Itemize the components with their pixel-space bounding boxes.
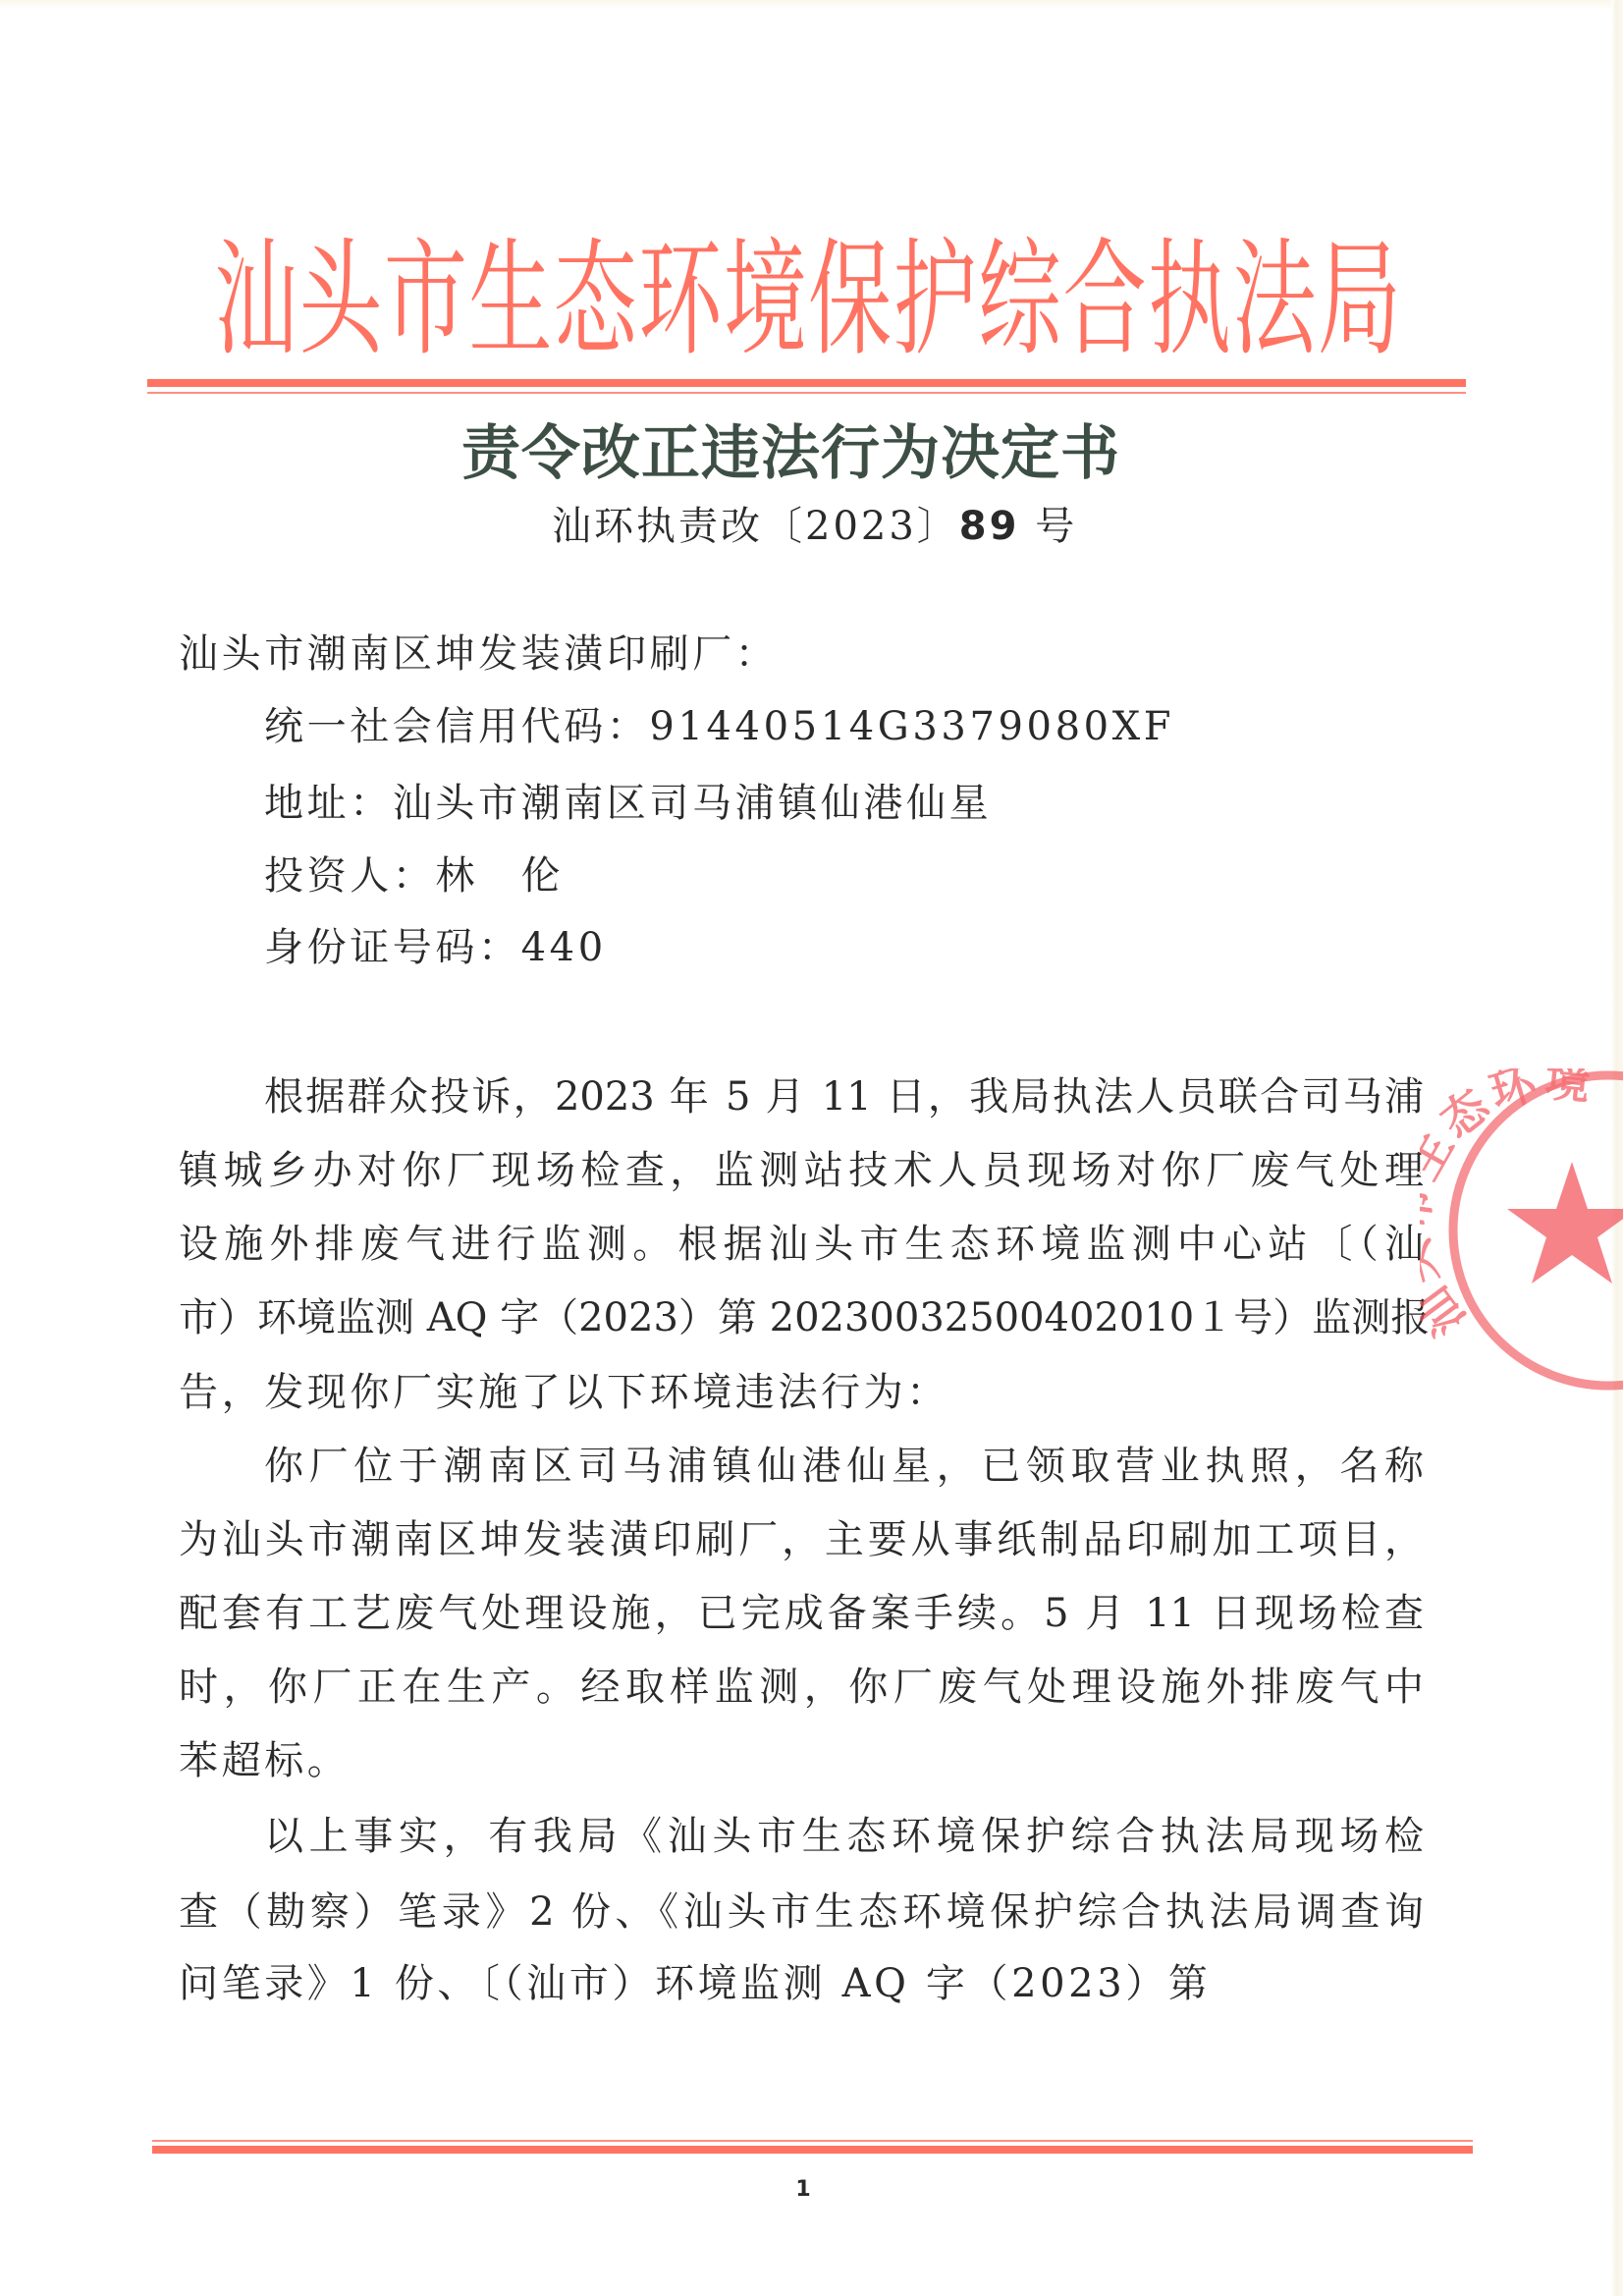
document-number-value: 89: [959, 504, 1020, 549]
recipient-address: 地址：汕头市潮南区司马浦镇仙港仙星: [264, 776, 992, 831]
recipient-name: 汕头市潮南区坤发装潢印刷厂：: [179, 627, 778, 682]
recipient-credit-code: 统一社会信用代码：91440514G3379080XF: [264, 699, 1174, 754]
body-line: 告，发现你厂实施了以下环境违法行为：: [179, 1365, 949, 1420]
page-number: 1: [793, 2172, 813, 2208]
footer-rule-thick: [152, 2146, 1473, 2154]
agency-letterhead-title: 汕头市生态环境保护综合执法局: [214, 232, 1410, 369]
body-line: 你厂位于潮南区司马浦镇仙港仙星，已领取营业执照，名称: [264, 1439, 1424, 1494]
seal-graphic: 汕头市生态环境保: [1420, 1068, 1623, 1393]
body-line: 根据群众投诉，2023 年 5 月 11 日，我局执法人员联合司马浦: [264, 1069, 1424, 1124]
body-line: 苯超标。: [179, 1733, 350, 1788]
document-number-suffix: 号: [1035, 504, 1077, 549]
official-seal: 汕头市生态环境保: [1420, 1068, 1623, 1393]
footer-rule-thin: [152, 2140, 1473, 2142]
body-line: 时，你厂正在生产。经取样监测，你厂废气处理设施外排废气中: [179, 1660, 1424, 1715]
recipient-id-number: 身份证号码：440: [264, 920, 607, 975]
letterhead-rule-thin: [147, 392, 1466, 394]
agency-name: 汕头市生态环境保护综合执法局: [214, 232, 1402, 369]
document-number-prefix: 汕环执责改〔2023〕: [552, 504, 959, 549]
document-number: 汕环执责改〔2023〕89 号: [552, 499, 1043, 554]
body-line: 问笔录》1 份、〔（汕市）环境监测 AQ 字（2023）第: [179, 1956, 1211, 2011]
letterhead-rule-thick: [147, 379, 1466, 387]
body-line: 设施外排废气进行监测。根据汕头市生态环境监测中心站〔（汕: [179, 1217, 1424, 1272]
body-line: 配套有工艺废气处理设施，已完成备案手续。5 月 11 日现场检查: [179, 1586, 1424, 1641]
document-title: 责令改正违法行为决定书: [461, 416, 1139, 491]
body-line: 市）环境监测 AQ 字（2023）第 20230032500402010１号）监…: [179, 1290, 1424, 1345]
body-line: 镇城乡办对你厂现场检查，监测站技术人员现场对你厂废气处理: [179, 1143, 1424, 1198]
star-icon: [1507, 1162, 1623, 1284]
body-line: 查（勘察）笔录》2 份、《汕头市生态环境保护综合执法局调查询: [179, 1885, 1424, 1940]
body-line: 为汕头市潮南区坤发装潢印刷厂，主要从事纸制品印刷加工项目，: [179, 1512, 1424, 1567]
recipient-investor: 投资人：林 伦: [264, 848, 564, 903]
page-top-tint: [0, 0, 1623, 10]
body-line: 以上事实，有我局《汕头市生态环境保护综合执法局现场检: [264, 1809, 1424, 1864]
